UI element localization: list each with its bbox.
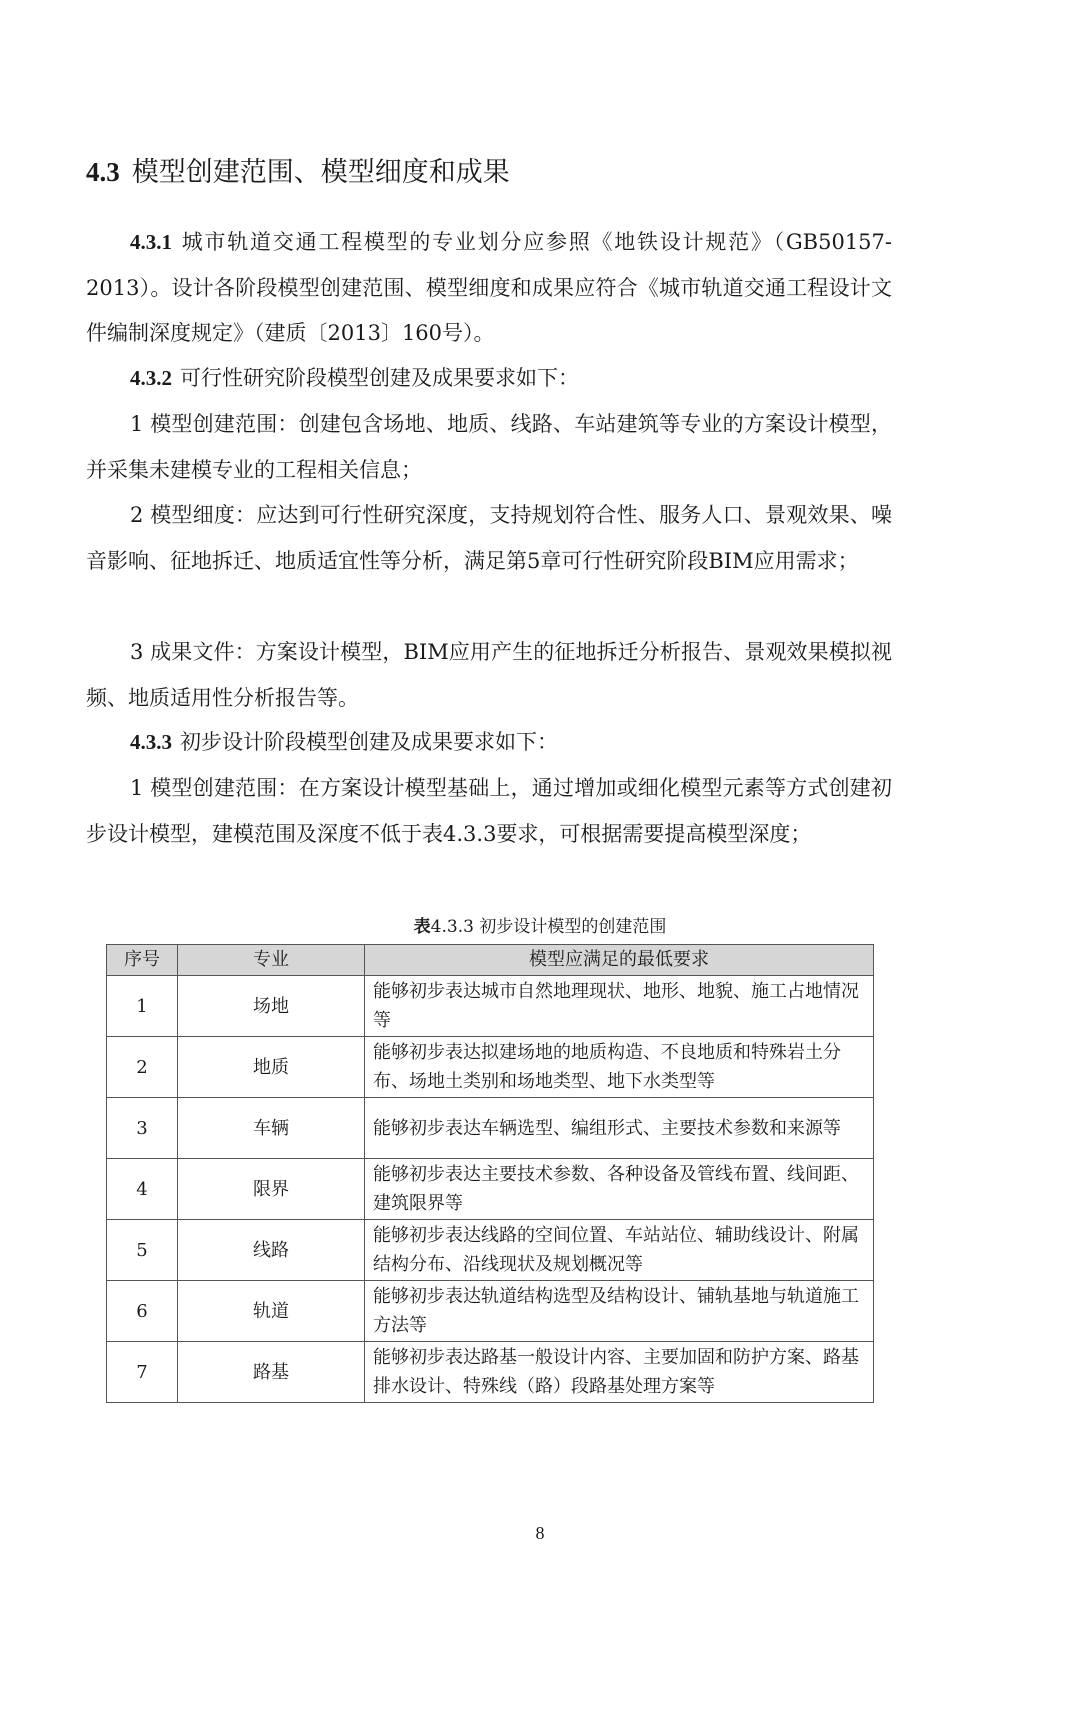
- header-serial: 序号: [107, 945, 178, 976]
- table-row: 5 线路 能够初步表达线路的空间位置、车站站位、辅助线设计、附属结构分布、沿线现…: [107, 1220, 874, 1281]
- clause-number: 4.3.3: [130, 730, 172, 754]
- table-row: 7 路基 能够初步表达路基一般设计内容、主要加固和防护方案、路基排水设计、特殊线…: [107, 1342, 874, 1403]
- page-number: 8: [0, 1523, 1080, 1544]
- table-row: 3 车辆 能够初步表达车辆选型、编组形式、主要技术参数和来源等: [107, 1098, 874, 1159]
- document-page: 4.3模型创建范围、模型细度和成果 4.3.1城市轨道交通工程模型的专业划分应参…: [0, 0, 1080, 1729]
- clause-number: 4.3.1: [130, 230, 172, 254]
- table-row: 6 轨道 能够初步表达轨道结构选型及结构设计、铺轨基地与轨道施工方法等: [107, 1281, 874, 1342]
- table-row: 1 场地 能够初步表达城市自然地理现状、地形、地貌、施工占地情况等: [107, 976, 874, 1037]
- clause-number: 4.3.2: [130, 366, 172, 390]
- paragraph-4-3-3: 4.3.3初步设计阶段模型创建及成果要求如下：: [86, 720, 892, 766]
- paragraph-4-3-3-item-1: 1 模型创建范围：在方案设计模型基础上，通过增加或细化模型元素等方式创建初步设计…: [86, 766, 892, 857]
- paragraph-4-3-1: 4.3.1城市轨道交通工程模型的专业划分应参照《地铁设计规范》（GB50157-…: [86, 220, 892, 357]
- table-row: 2 地质 能够初步表达拟建场地的地质构造、不良地质和特殊岩土分布、场地土类别和场…: [107, 1037, 874, 1098]
- section-title: 模型创建范围、模型细度和成果: [132, 157, 510, 188]
- section-heading: 4.3模型创建范围、模型细度和成果: [86, 152, 510, 193]
- paragraph-item-3: 3 成果文件：方案设计模型，BIM应用产生的征地拆迁分析报告、景观效果模拟视频、…: [86, 630, 892, 721]
- header-requirement: 模型应满足的最低要求: [365, 945, 874, 976]
- model-scope-table: 序号 专业 模型应满足的最低要求 1 场地 能够初步表达城市自然地理现状、地形、…: [106, 944, 874, 1403]
- section-number: 4.3: [86, 157, 120, 187]
- paragraph-4-3-2: 4.3.2可行性研究阶段模型创建及成果要求如下：: [86, 356, 892, 402]
- table-caption: 表4.3.3 初步设计模型的创建范围: [0, 914, 1080, 940]
- table-row: 4 限界 能够初步表达主要技术参数、各种设备及管线布置、线间距、建筑限界等: [107, 1159, 874, 1220]
- paragraph-item-1: 1 模型创建范围：创建包含场地、地质、线路、车站建筑等专业的方案设计模型，并采集…: [86, 402, 892, 493]
- header-discipline: 专业: [178, 945, 365, 976]
- paragraph-item-2: 2 模型细度：应达到可行性研究深度，支持规划符合性、服务人口、景观效果、噪音影响…: [86, 493, 892, 584]
- table-header-row: 序号 专业 模型应满足的最低要求: [107, 945, 874, 976]
